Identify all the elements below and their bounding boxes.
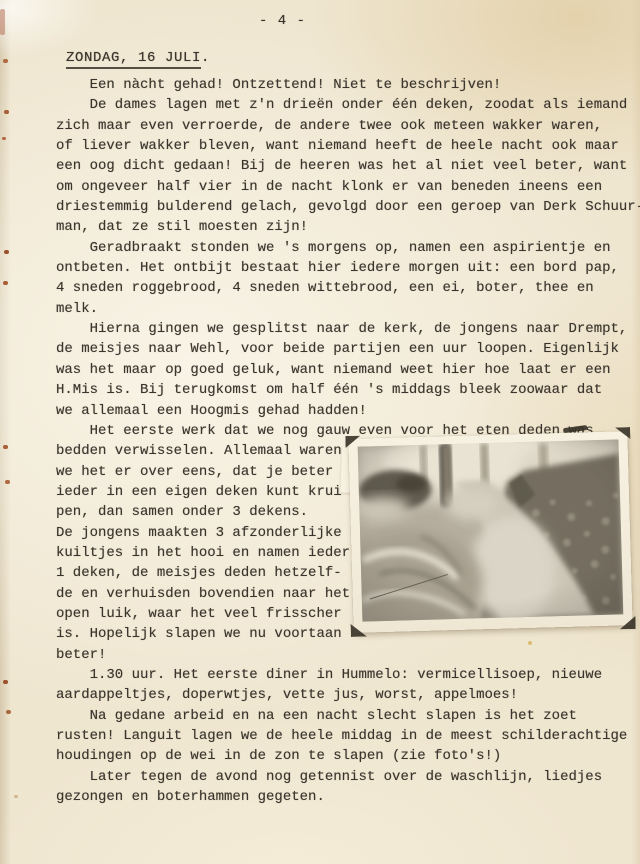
text-line: ontbeten. Het ontbijt bestaat hier ieder… [56,258,640,278]
ink-speck [6,710,11,714]
text-line: melk. [56,299,640,319]
ink-speck [4,250,9,254]
text-line: gezongen en boterhammen gegeten. [56,787,640,807]
ink-speck [3,59,8,63]
text-line: aardappeltjes, doperwtjes, vette jus, wo… [56,685,640,705]
scanned-diary-page: - 4 - ZONDAG, 16 JULI. Een nàcht gehad! … [0,0,640,864]
text-line: Hierna gingen we gesplitst naar de kerk,… [56,319,640,339]
text-line: Een nàcht gehad! Ontzettend! Niet te bes… [56,75,640,95]
text-line: H.Mis is. Bij terugkomst om half één 's … [56,380,640,400]
text-line: 4 sneden roggebrood, 4 sneden wittebrood… [56,278,640,298]
text-line: beter! [56,645,640,665]
ink-speck [2,137,6,140]
attached-photograph [348,431,632,633]
text-line: driestemmig bulderend gelach, gevolgd do… [56,197,640,217]
text-line: houdingen op de wei in de zon te slapen … [56,746,640,766]
text-line: is. Hopelijk slapen we nu voortaan [56,624,640,644]
page-number: - 4 - [230,13,335,29]
ink-speck [0,9,5,35]
text-line: Geradbraakt stonden we 's morgens op, na… [56,238,640,258]
text-line: een oog dicht gedaan! Bij de heeren was … [56,156,640,176]
photo-image [358,439,624,621]
text-line: zich maar even verroerde, de andere twee… [56,116,640,136]
ink-speck [14,795,18,798]
text-line: 1.30 uur. Het eerste diner in Hummelo: v… [56,665,640,685]
text-line: Na gedane arbeid en na een nacht slecht … [56,706,640,726]
date-heading-period: . [201,50,210,66]
text-line: rusten! Languit lagen we de heele middag… [56,726,640,746]
date-heading: ZONDAG, 16 JULI. [66,50,210,66]
ink-speck [3,680,8,684]
text-line: was het maar op goed geluk, want niemand… [56,360,640,380]
text-line: De dames lagen met z'n drieën onder één … [56,95,640,115]
date-heading-text: ZONDAG, 16 JULI [66,50,201,69]
ink-speck [4,110,9,114]
text-line: of liever wakker bleven, want niemand he… [56,136,640,156]
text-line: Later tegen de avond nog getennist over … [56,767,640,787]
ink-speck [3,281,8,285]
text-line: de meisjes naar Wehl, voor beide partije… [56,339,640,359]
text-line: man, dat ze stil moesten zijn! [56,217,640,237]
photo-print [348,431,632,633]
text-line: om ongeveer half vier in de nacht klonk … [56,177,640,197]
text-line: we allemaal een Hoogmis gehad hadden! [56,401,640,421]
ink-speck [5,480,10,484]
ink-speck [3,445,8,449]
